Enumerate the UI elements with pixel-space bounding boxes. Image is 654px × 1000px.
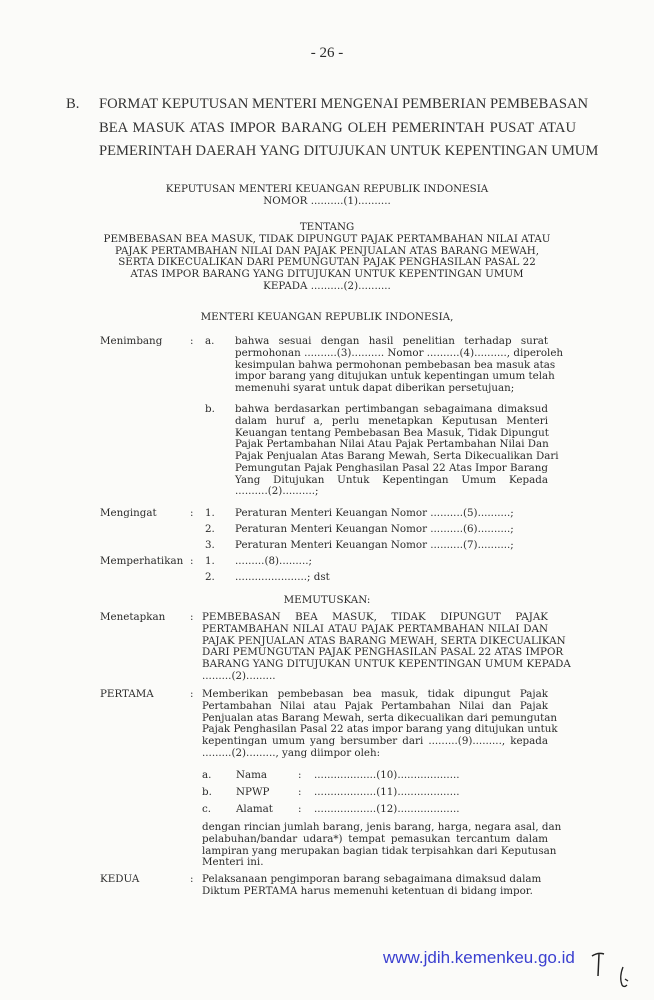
colon: : bbox=[190, 689, 193, 701]
section-heading: B. FORMAT KEPUTUSAN MENTERI MENGENAI PEM… bbox=[66, 93, 576, 164]
section-letter: B. bbox=[66, 93, 79, 117]
item-key: a. bbox=[205, 336, 214, 348]
section-title-line: BEA MASUK ATAS IMPOR BARANG OLEH PEMERIN… bbox=[99, 117, 576, 141]
initial-mark-icon bbox=[590, 950, 608, 978]
item-key: b. bbox=[205, 404, 215, 416]
initial-mark-icon bbox=[618, 965, 632, 989]
colon: : bbox=[190, 508, 193, 520]
mengingat-item: Peraturan Menteri Keuangan Nomor .......… bbox=[235, 540, 548, 552]
pertama-label: PERTAMA bbox=[100, 689, 154, 701]
kedua-text: Pelaksanaan pengimporan barang sebagaima… bbox=[202, 874, 548, 898]
menimbang-label: Menimbang bbox=[100, 336, 162, 348]
memperhatikan-item: ......................; dst bbox=[235, 572, 548, 584]
menimbang-item-b: bahwa berdasarkan pertimbangan sebagaima… bbox=[235, 404, 548, 498]
colon: : bbox=[190, 336, 193, 348]
minister-title: MENTERI KEUANGAN REPUBLIK INDONESIA, bbox=[0, 312, 654, 324]
mengingat-item: Peraturan Menteri Keuangan Nomor .......… bbox=[235, 508, 548, 520]
section-title-line: PEMERINTAH DAERAH YANG DITUJUKAN UNTUK K… bbox=[99, 140, 576, 164]
colon: : bbox=[190, 874, 193, 886]
colon: : bbox=[190, 612, 193, 624]
menimbang-item-a: bahwa sesuai dengan hasil penelitian ter… bbox=[235, 336, 548, 395]
mengingat-item: Peraturan Menteri Keuangan Nomor .......… bbox=[235, 524, 548, 536]
memperhatikan-item: .........(8).........; bbox=[235, 556, 548, 568]
menetapkan-label: Menetapkan bbox=[100, 612, 165, 624]
kedua-label: KEDUA bbox=[100, 874, 139, 886]
mengingat-label: Mengingat bbox=[100, 508, 157, 520]
subject-line: KEPADA ..........(2).......... bbox=[0, 281, 654, 293]
pertama-text: Memberikan pembebasan bea masuk, tidak d… bbox=[202, 689, 548, 760]
colon: : bbox=[190, 556, 193, 568]
subject-line: PEMBEBASAN BEA MASUK, TIDAK DIPUNGUT PAJ… bbox=[0, 234, 654, 246]
jdih-link[interactable]: www.jdih.kemenkeu.go.id bbox=[383, 948, 575, 968]
decree-subject: TENTANG PEMBEBASAN BEA MASUK, TIDAK DIPU… bbox=[0, 222, 654, 293]
decree-title: KEPUTUSAN MENTERI KEUANGAN REPUBLIK INDO… bbox=[0, 184, 654, 208]
section-title-line: FORMAT KEPUTUSAN MENTERI MENGENAI PEMBER… bbox=[99, 93, 576, 117]
page-number: - 26 - bbox=[0, 45, 654, 62]
memperhatikan-label: Memperhatikan bbox=[100, 556, 183, 568]
menetapkan-text: PEMBEBASAN BEA MASUK, TIDAK DIPUNGUT PAJ… bbox=[202, 612, 548, 683]
decree-number: NOMOR ..........(1).......... bbox=[0, 196, 654, 208]
memutuskan-heading: MEMUTUSKAN: bbox=[0, 595, 654, 607]
